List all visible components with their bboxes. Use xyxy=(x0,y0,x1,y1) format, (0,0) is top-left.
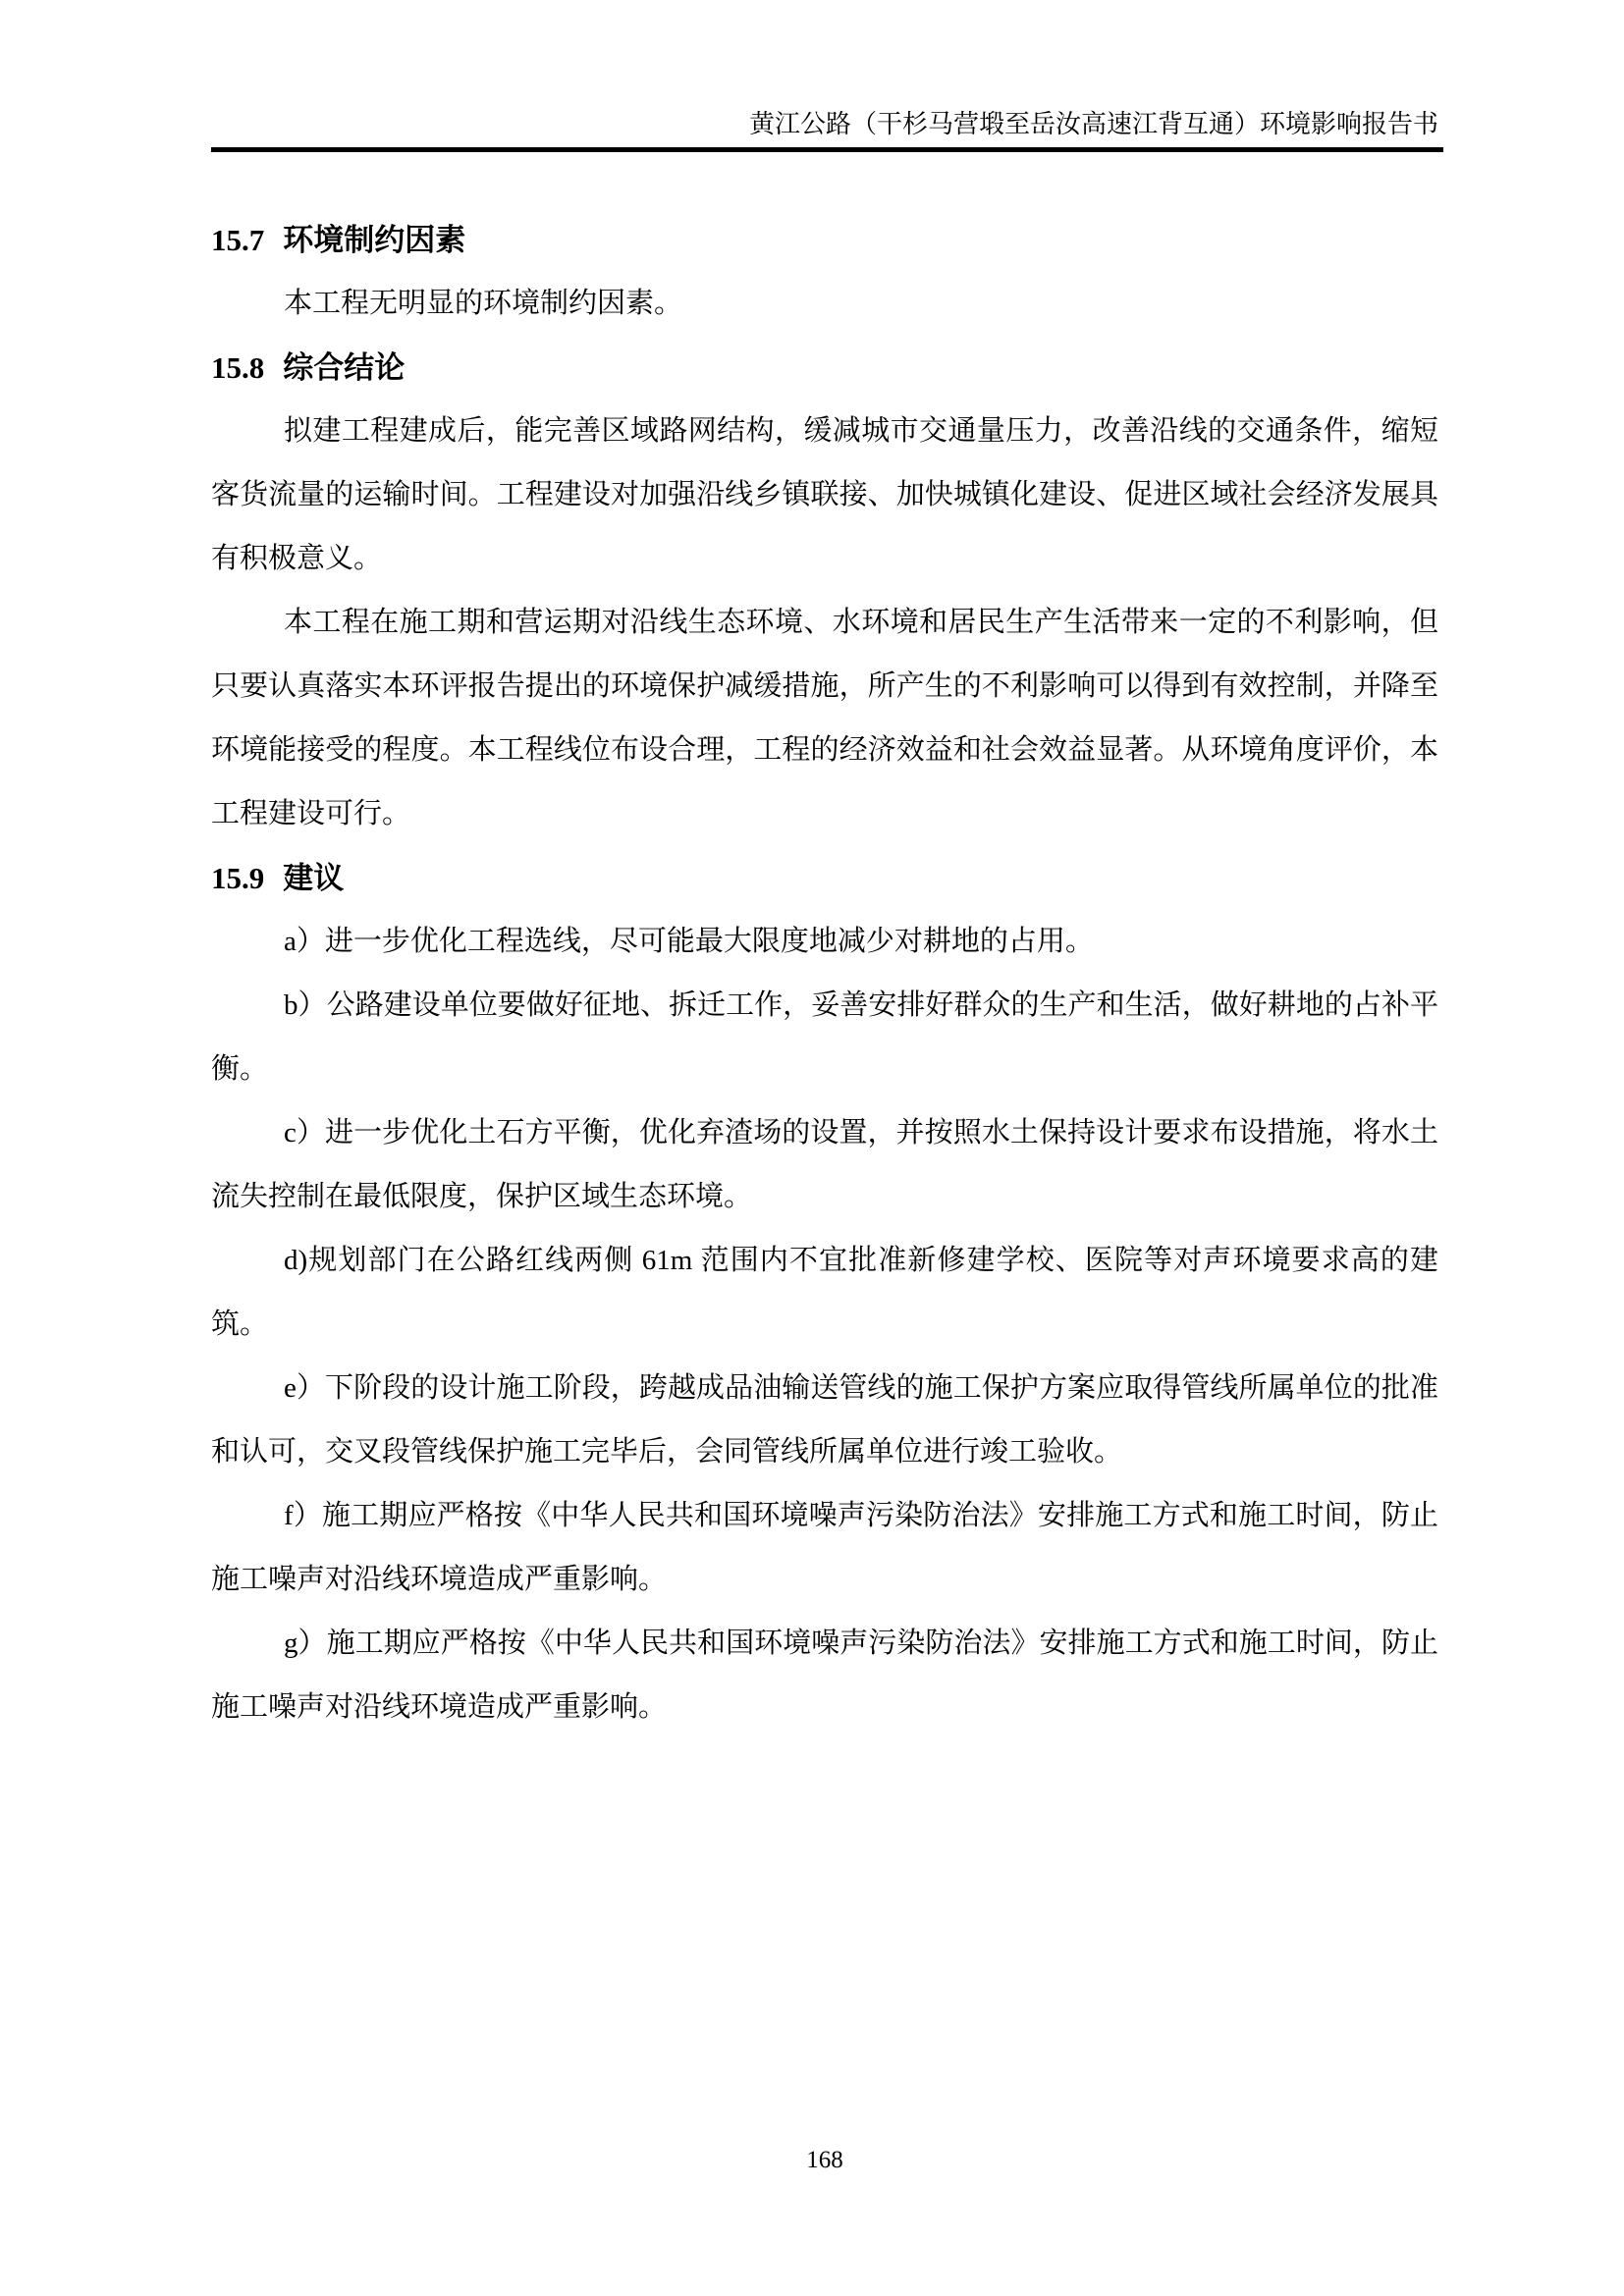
section-heading-15-9: 15.9建议 xyxy=(211,846,1438,910)
suggestion-item-b: b）公路建设单位要做好征地、拆迁工作，妥善安排好群众的生产和生活，做好耕地的占补… xyxy=(211,974,1438,1101)
suggestion-item-f: f）施工期应严格按《中华人民共和国环境噪声污染防治法》安排施工方式和施工时间，防… xyxy=(211,1484,1438,1612)
running-header-title: 黄江公路（干杉马营塅至岳汝高速江背互通）环境影响报告书 xyxy=(749,110,1438,139)
page-number: 168 xyxy=(211,2146,1438,2175)
suggestion-item-g: g）施工期应严格按《中华人民共和国环境噪声污染防治法》安排施工方式和施工时间，防… xyxy=(211,1612,1438,1739)
section-title: 建议 xyxy=(283,861,344,895)
suggestion-item-d: d)规划部门在公路红线两侧 61m 范围内不宜批准新修建学校、医院等对声环境要求… xyxy=(211,1229,1438,1357)
section-title: 综合结论 xyxy=(283,350,405,385)
document-page: 黄江公路（干杉马营塅至岳汝高速江背互通）环境影响报告书 15.7环境制约因素 本… xyxy=(0,0,1624,2296)
header-divider-rule xyxy=(211,147,1443,152)
document-body: 15.7环境制约因素 本工程无明显的环境制约因素。 15.8综合结论 拟建工程建… xyxy=(211,208,1438,1739)
section-number: 15.9 xyxy=(211,861,264,895)
suggestion-item-a: a）进一步优化工程选线，尽可能最大限度地减少对耕地的占用。 xyxy=(211,910,1438,974)
section-number: 15.7 xyxy=(211,223,264,257)
suggestion-item-c: c）进一步优化土石方平衡，优化弃渣场的设置，并按照水土保持设计要求布设措施，将水… xyxy=(211,1101,1438,1229)
section-title: 环境制约因素 xyxy=(283,223,465,257)
paragraph-15-8-1: 拟建工程建成后，能完善区域路网结构，缓减城市交通量压力，改善沿线的交通条件，缩短… xyxy=(211,400,1438,591)
section-number: 15.8 xyxy=(211,350,264,385)
paragraph-15-8-2: 本工程在施工期和营运期对沿线生态环境、水环境和居民生产生活带来一定的不利影响，但… xyxy=(211,591,1438,846)
suggestion-item-e: e）下阶段的设计施工阶段，跨越成品油输送管线的施工保护方案应取得管线所属单位的批… xyxy=(211,1357,1438,1484)
section-heading-15-7: 15.7环境制约因素 xyxy=(211,208,1438,272)
section-heading-15-8: 15.8综合结论 xyxy=(211,336,1438,400)
paragraph-15-7-1: 本工程无明显的环境制约因素。 xyxy=(211,272,1438,336)
